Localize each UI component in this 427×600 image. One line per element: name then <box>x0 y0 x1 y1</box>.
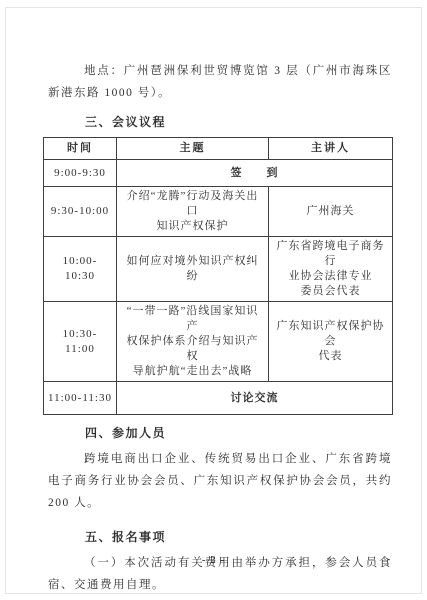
participants-paragraph: 跨境电商出口企业、传统贸易出口企业、广东省跨境电子商务行业协会会员、广东知识产权… <box>48 448 392 514</box>
page-number: - 2 - <box>0 554 427 566</box>
cell-time-3: 10:30-11:00 <box>44 302 117 382</box>
cell-speaker-3: 广东知识产权保护协会 代表 <box>269 302 393 382</box>
cell-topic-0: 签 到 <box>117 160 393 187</box>
agenda-heading: 三、会议议程 <box>85 113 392 130</box>
cell-speaker-1: 广州海关 <box>269 187 393 237</box>
cell-topic-1: 介绍“龙腾”行动及海关出口 知识产权保护 <box>117 187 269 237</box>
table-row: 10:30-11:00 “一带一路”沿线国家知识产 权保护体系介绍与知识产权 导… <box>44 302 393 382</box>
participants-heading: 四、参加人员 <box>85 424 392 441</box>
cell-speaker-2: 广东省跨境电子商务行 业协会法律专业 委员会代表 <box>269 237 393 302</box>
table-row: 9:00-9:30 签 到 <box>44 160 393 187</box>
registration-heading: 五、报名事项 <box>85 528 392 545</box>
header-cell-speaker: 主讲人 <box>269 138 393 160</box>
table-header-row: 时间 主题 主讲人 <box>44 138 393 160</box>
header-cell-time: 时间 <box>44 138 117 160</box>
cell-time-4: 11:00-11:30 <box>44 382 117 415</box>
cell-topic-2: 如何应对境外知识产权纠纷 <box>117 237 269 302</box>
cell-time-2: 10:00-10:30 <box>44 237 117 302</box>
table-row: 11:00-11:30 讨论交流 <box>44 382 393 415</box>
cell-topic-4: 讨论交流 <box>117 382 393 415</box>
cell-time-1: 9:30-10:00 <box>44 187 117 237</box>
cell-time-0: 9:00-9:30 <box>44 160 117 187</box>
document-page: 地点：广州琶洲保利世贸博览馆 3 层（广州市海珠区新港东路 1000 号）。 三… <box>0 0 427 600</box>
location-paragraph: 地点：广州琶洲保利世贸博览馆 3 层（广州市海珠区新港东路 1000 号）。 <box>48 60 392 104</box>
table-row: 10:00-10:30 如何应对境外知识产权纠纷 广东省跨境电子商务行 业协会法… <box>44 237 393 302</box>
table-row: 9:30-10:00 介绍“龙腾”行动及海关出口 知识产权保护 广州海关 <box>44 187 393 237</box>
cell-topic-3: “一带一路”沿线国家知识产 权保护体系介绍与知识产权 导航护航“走出去”战略 <box>117 302 269 382</box>
page-content: 地点：广州琶洲保利世贸博览馆 3 层（广州市海珠区新港东路 1000 号）。 三… <box>48 60 392 596</box>
header-cell-topic: 主题 <box>117 138 269 160</box>
agenda-table: 时间 主题 主讲人 9:00-9:30 签 到 9:30-10:00 介绍“龙腾… <box>43 137 393 415</box>
